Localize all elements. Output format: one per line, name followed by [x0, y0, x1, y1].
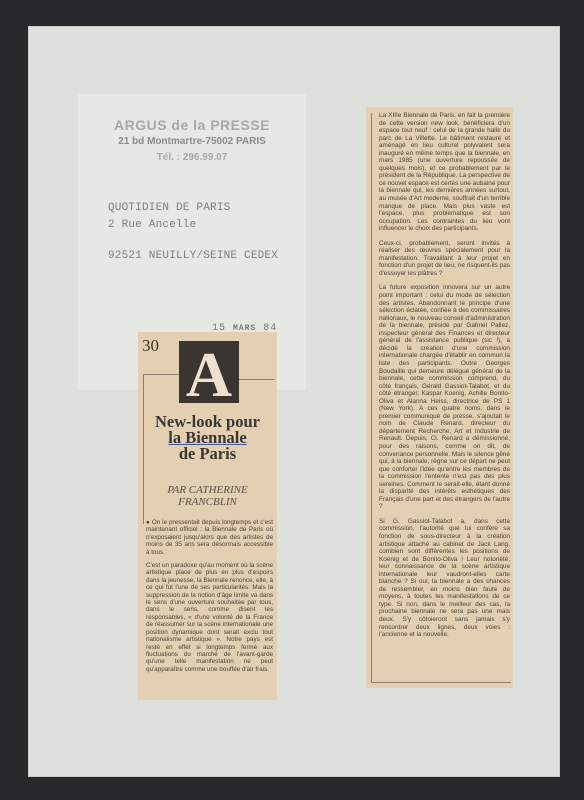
clipping-headline-column: 30 A New-look pour la Biennale de Paris … [138, 332, 277, 700]
column-rule [143, 374, 179, 375]
column-rule [371, 682, 511, 683]
paragraph: ● On le pressentait depuis longtemps et … [146, 519, 273, 556]
article-byline: PAR CATHERINE FRANCBLIN [138, 484, 277, 508]
agency-address: 21 bd Montmartre-75002 PARIS [78, 136, 306, 147]
paragraph: Si G. Gassiot-Talabot a, dans cette comm… [379, 518, 510, 639]
clipping-body-column: La XIIIe Biennale de Paris, en fait la p… [366, 107, 513, 688]
paragraph: C'est un paradoxe qu'au moment où la scè… [146, 562, 273, 673]
agency-name: ARGUS de la PRESSE [78, 117, 306, 133]
agency-phone: Tél. : 296.99.07 [78, 152, 306, 163]
paragraph: Ceux-ci, probablement, seront invités à … [379, 240, 510, 278]
column-rule [239, 379, 275, 380]
recipient-street: 2 Rue Ancelle [108, 219, 196, 231]
article-body-left: ● On le pressentait depuis longtemps et … [146, 519, 273, 679]
article-body-right: La XIIIe Biennale de Paris, en fait la p… [379, 112, 510, 646]
paragraph: La future exposition innovera sur un aut… [379, 284, 510, 510]
section-lettrine: A [179, 341, 239, 403]
paragraph: La XIIIe Biennale de Paris, en fait la p… [379, 112, 510, 233]
page-number: 30 [142, 336, 159, 356]
article-headline: New-look pour la Biennale de Paris [138, 414, 277, 462]
column-rule [371, 113, 372, 683]
recipient-name: QUOTIDIEN DE PARIS [108, 202, 230, 214]
recipient-city: 92521 NEUILLY/SEINE CEDEX [108, 250, 278, 262]
